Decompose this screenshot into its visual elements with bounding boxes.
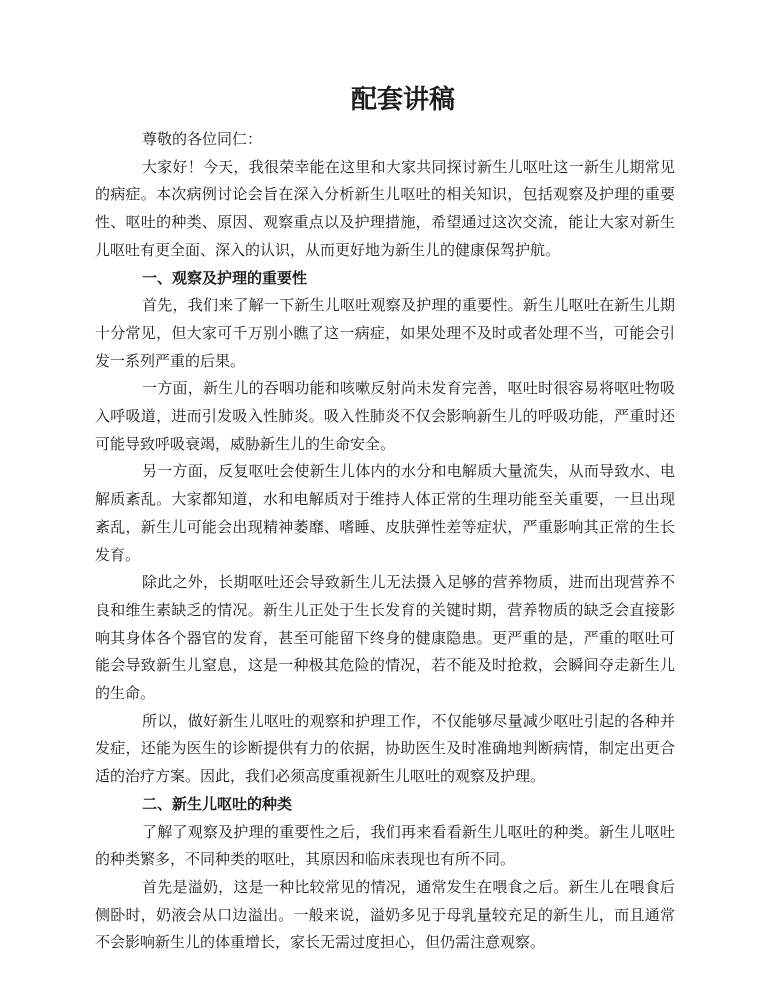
document-body: 尊敬的各位同仁： 大家好！今天，我很荣幸能在这里和大家共同探讨新生儿呕吐这一新生… (95, 127, 675, 958)
section-heading-1: 一、观察及护理的重要性 (95, 266, 675, 294)
document-title: 配套讲稿 (95, 82, 675, 118)
paragraph: 一方面，新生儿的吞咽功能和咳嗽反射尚未发育完善，呕吐时很容易将呕吐物吸入呼吸道，… (95, 376, 675, 459)
paragraph: 首先，我们来了解一下新生儿呕吐观察及护理的重要性。新生儿呕吐在新生儿期十分常见，… (95, 293, 675, 376)
paragraph: 所以，做好新生儿呕吐的观察和护理工作，不仅能够尽量减少呕吐引起的各种并发症，还能… (95, 709, 675, 792)
paragraph-intro: 大家好！今天，我很荣幸能在这里和大家共同探讨新生儿呕吐这一新生儿期常见的病症。本… (95, 155, 675, 266)
paragraph: 首先是溢奶，这是一种比较常见的情况，通常发生在喂食之后。新生儿在喂食后侧卧时，奶… (95, 875, 675, 958)
paragraph: 除此之外，长期呕吐还会导致新生儿无法摄入足够的营养物质，进而出现营养不良和维生素… (95, 570, 675, 709)
paragraph: 了解了观察及护理的重要性之后，我们再来看看新生儿呕吐的种类。新生儿呕吐的种类繁多… (95, 820, 675, 875)
document-page: 配套讲稿 尊敬的各位同仁： 大家好！今天，我很荣幸能在这里和大家共同探讨新生儿呕… (0, 0, 770, 1000)
section-heading-2: 二、新生儿呕吐的种类 (95, 792, 675, 820)
paragraph: 另一方面，反复呕吐会使新生儿体内的水分和电解质大量流失，从而导致水、电解质紊乱。… (95, 459, 675, 570)
document-content: 配套讲稿 尊敬的各位同仁： 大家好！今天，我很荣幸能在这里和大家共同探讨新生儿呕… (0, 0, 770, 958)
paragraph-salutation: 尊敬的各位同仁： (95, 127, 675, 155)
